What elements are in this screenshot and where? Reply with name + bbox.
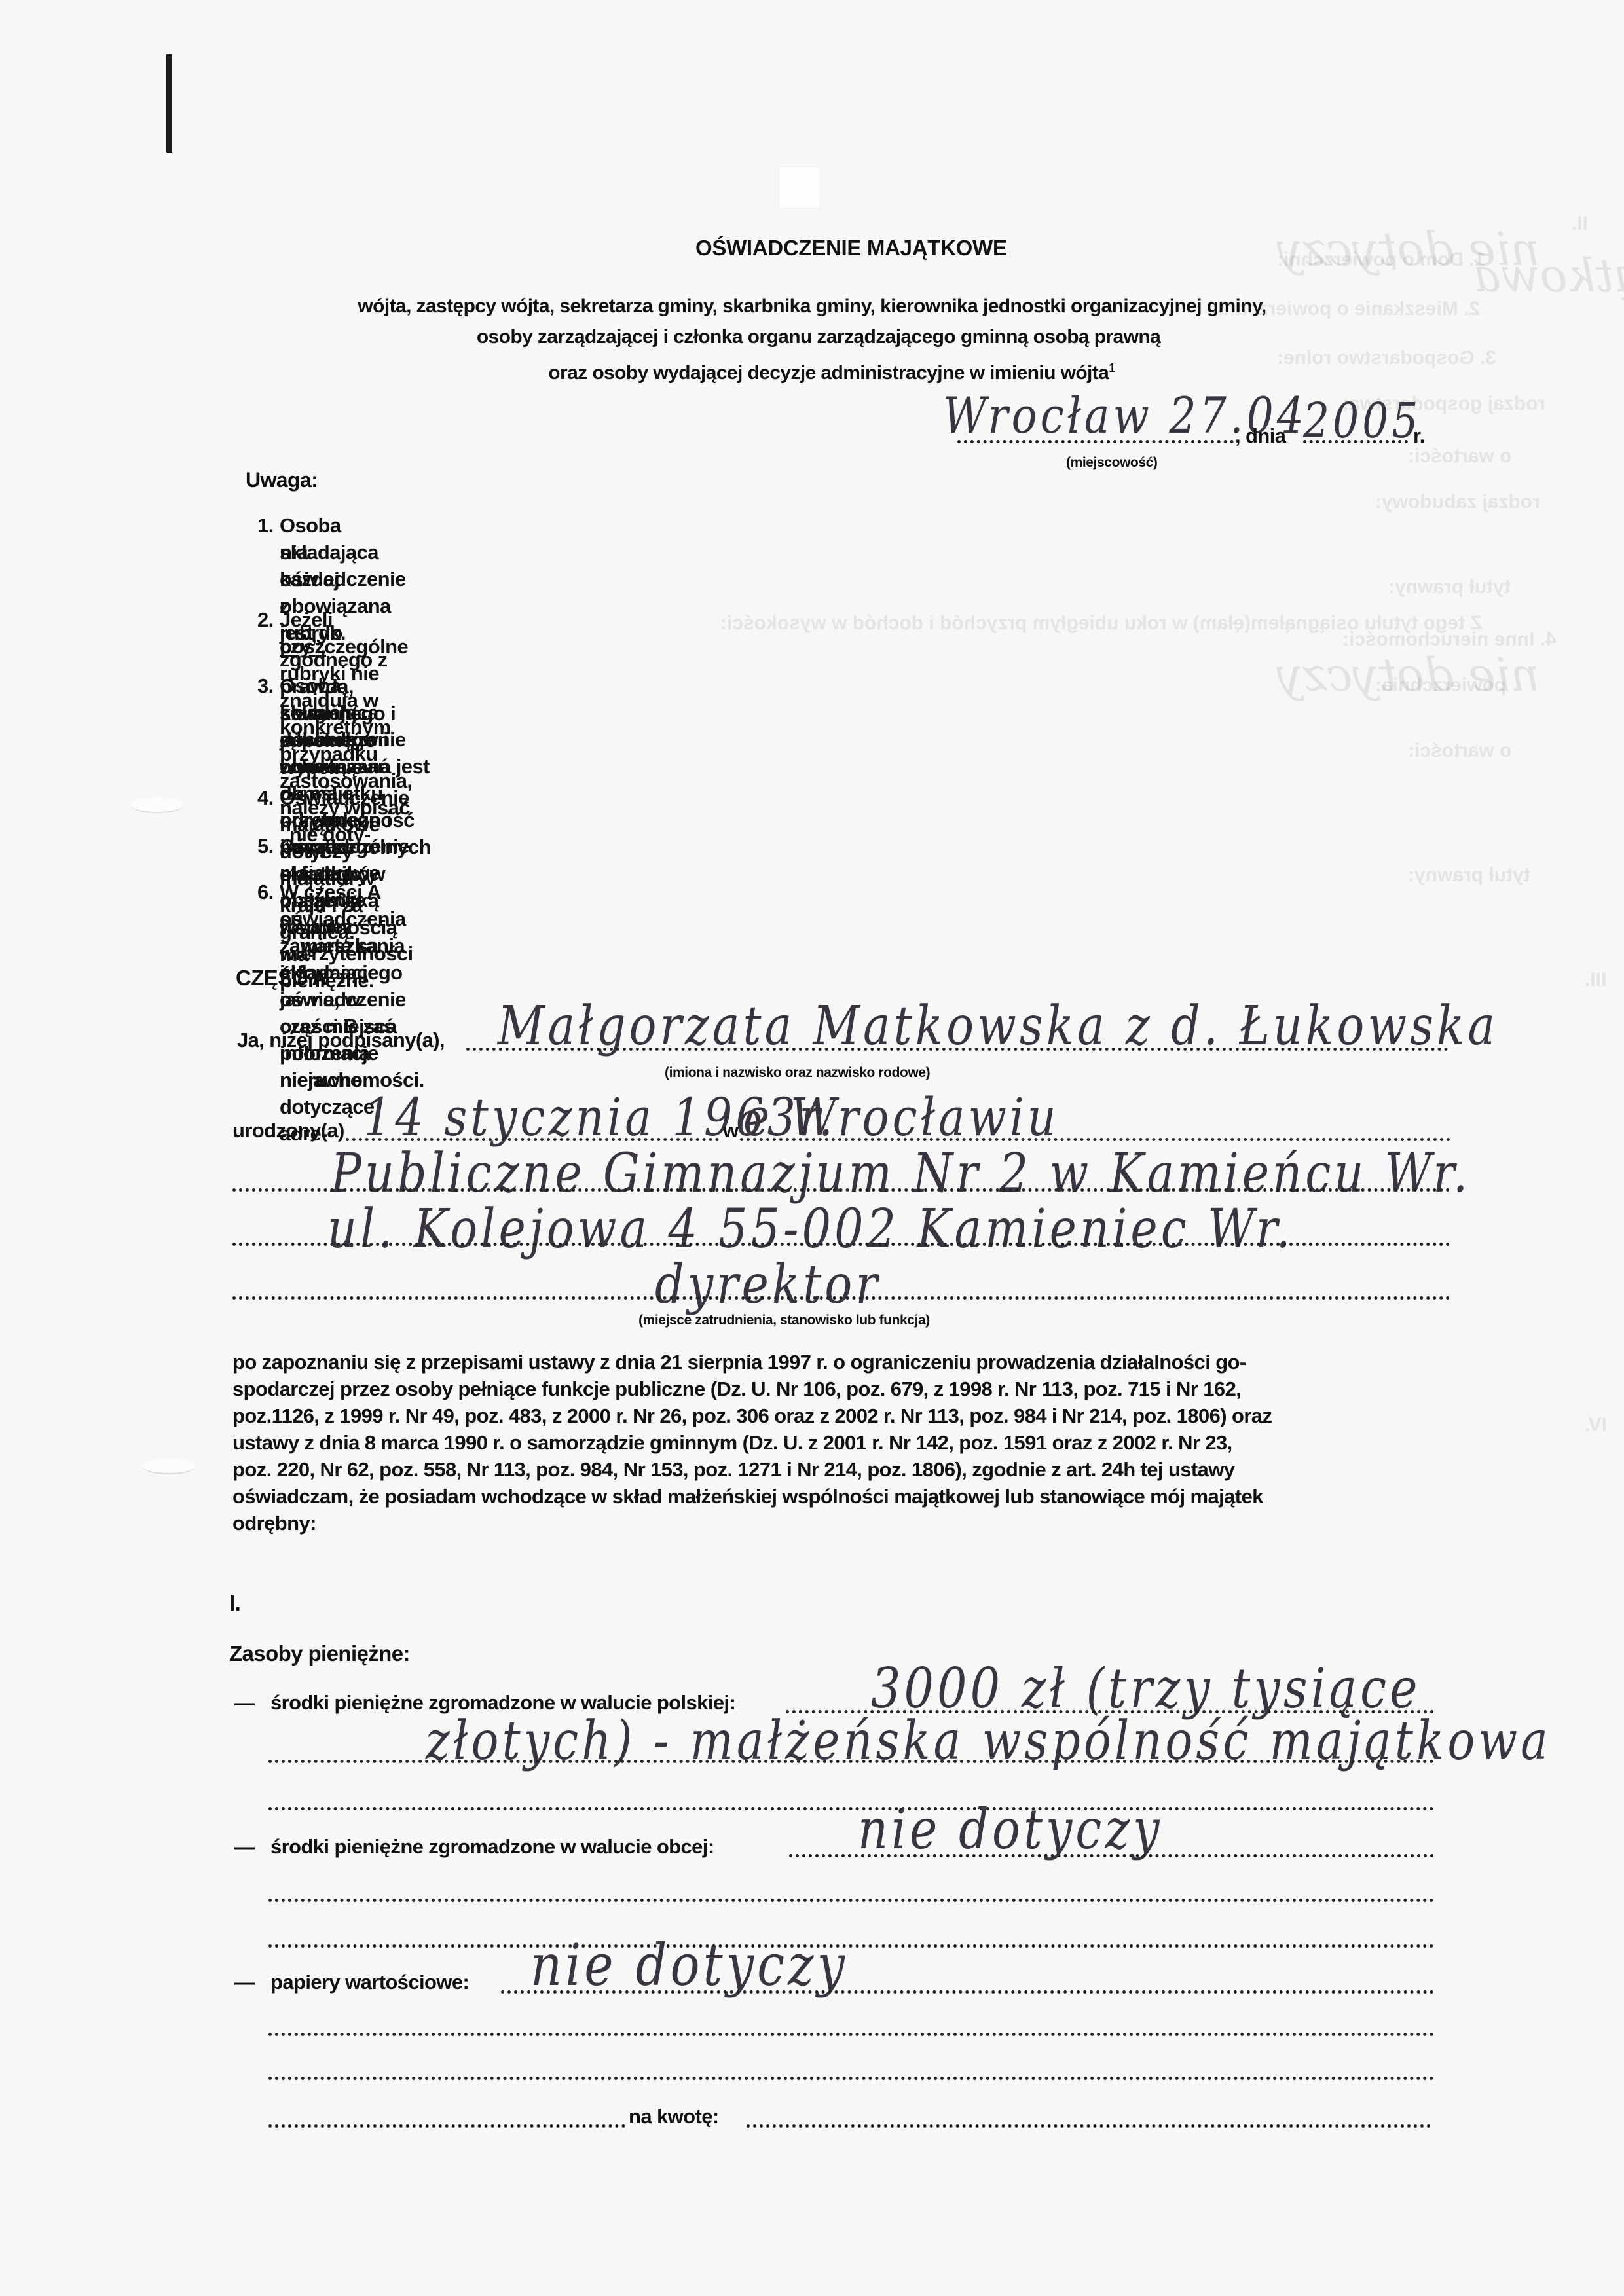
dash-bullet: — (234, 1689, 254, 1716)
punch-hole (131, 797, 183, 813)
born-date-dotted-line (346, 1138, 719, 1141)
securities-dotted-line-1 (501, 1990, 1434, 1994)
pln-dotted-line-3 (268, 1807, 1434, 1810)
staple-mark (166, 54, 172, 153)
employment-dotted-line-2 (232, 1243, 1450, 1246)
foreign-dotted-line-2 (268, 1899, 1434, 1902)
pln-dotted-line-2 (268, 1760, 1434, 1763)
employment-line-2: ul. Kolejowa 4 55-002 Kamieniec Wr. (327, 1198, 1294, 1260)
dash-bullet: — (234, 1969, 254, 1995)
section-1-numeral: I. (229, 1590, 240, 1616)
subtitle-line-2: osoby zarządzającej i członka organu zar… (0, 324, 1624, 350)
employment-dotted-line-3 (232, 1296, 1450, 1300)
place-caption: (miejscowość) (1066, 455, 1158, 471)
securities-value: nie dotyczy (530, 1931, 848, 1999)
securities-dotted-line-3 (268, 2077, 1434, 2080)
employment-caption: (miejsce zatrudnienia, stanowisko lub fu… (638, 1313, 930, 1328)
employment-line-3: dyrektor (655, 1254, 881, 1316)
year-dotted-line (1303, 440, 1408, 443)
name-dotted-line (466, 1048, 1449, 1051)
foreign-dotted-line-3 (268, 1944, 1434, 1948)
notes-heading: Uwaga: (246, 467, 318, 494)
employment-line-1: Publiczne Gimnazjum Nr 2 w Kamieńcu Wr. (331, 1142, 1471, 1205)
subtitle-line-3: oraz osoby wydającej decyzje administrac… (0, 355, 1624, 386)
dnia-label: , dnia (1235, 422, 1285, 449)
born-place-dotted-line (740, 1138, 1450, 1141)
r-label: r. (1413, 422, 1425, 449)
born-label: urodzony(a) (232, 1117, 344, 1144)
securities-dotted-line-2 (268, 2033, 1434, 2036)
amount-dotted-line (747, 2124, 1431, 2128)
dash-bullet: — (234, 1833, 254, 1860)
foreign-funds-label: środki pieniężne zgromadzone w walucie o… (270, 1833, 714, 1860)
born-w-label: w (723, 1117, 739, 1144)
name-label: Ja, niżej podpisany(a), (237, 1027, 445, 1053)
punch-hole (143, 1459, 195, 1474)
securities-label: papiery wartościowe: (270, 1969, 469, 1995)
subtitle-line-1: wójta, zastępcy wójta, sekretarza gminy,… (0, 293, 1624, 319)
foreign-dotted-line-1 (789, 1854, 1434, 1857)
faint-stamp (779, 167, 820, 208)
amount-prefix-dotted-line (268, 2124, 625, 2128)
foreign-funds-value: nie dotyczy (858, 1797, 1163, 1861)
footnote-marker: 1 (1109, 361, 1115, 374)
subtitle-line-3-text: oraz osoby wydającej decyzje administrac… (548, 362, 1109, 384)
name-caption: (imiona i nazwisko oraz nazwisko rodowe) (665, 1065, 930, 1081)
part-a-heading: CZĘŚĆ A (236, 964, 327, 991)
section-1-heading: Zasoby pieniężne: (229, 1640, 410, 1667)
place-dotted-line (957, 440, 1234, 443)
employment-dotted-line-1 (232, 1188, 1450, 1192)
amount-label: na kwotę: (629, 2103, 719, 2130)
document-title: OŚWIADCZENIE MAJĄTKOWE (695, 236, 1007, 261)
